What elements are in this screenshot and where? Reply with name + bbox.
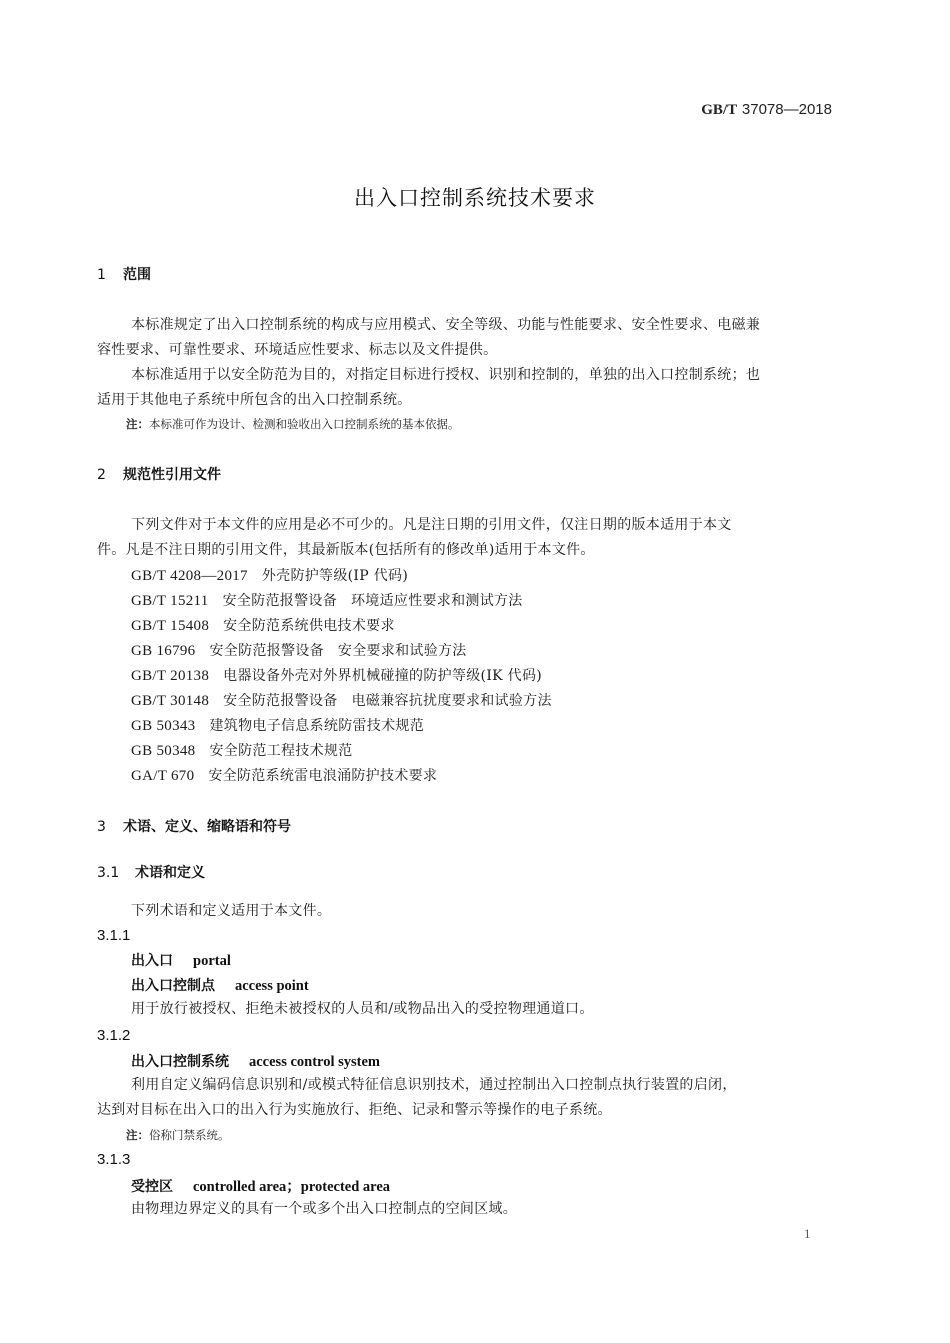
reference-title: 安全防范系统雷电浪涌防护技术要求 <box>208 768 437 784</box>
section-number: 1 <box>97 267 123 283</box>
section-title: 术语、定义、缩略语和符号 <box>123 819 291 835</box>
term-zh: 出入口控制点 <box>131 978 215 994</box>
paragraph-line: 下列术语和定义适用于本文件。 <box>131 899 331 924</box>
note-label: 注： <box>126 1128 149 1142</box>
term-en: access control system <box>249 1054 380 1070</box>
reference-code: GB/T 4208—2017 <box>131 568 248 584</box>
note-text: 俗称门禁系统。 <box>149 1128 230 1142</box>
term-name: 出入口portal <box>131 950 231 970</box>
reference-subtitle: 电磁兼容抗扰度要求和试验方法 <box>352 693 552 709</box>
paragraph-line: 适用于其他电子系统中所包含的出入口控制系统。 <box>97 388 412 413</box>
paragraph-line: 件。凡是不注日期的引用文件，其最新版本(包括所有的修改单)适用于本文件。 <box>97 538 595 563</box>
standard-number: 37078—2018 <box>742 101 832 118</box>
paragraph-line: 本标准规定了出入口控制系统的构成与应用模式、安全等级、功能与性能要求、安全性要求… <box>131 313 760 338</box>
standard-code: GB/T 37078—2018 <box>701 100 832 119</box>
reference-title: 外壳防护等级(IP 代码) <box>262 568 408 584</box>
term-en: controlled area；protected area <box>193 1179 390 1195</box>
subsection-number: 3.1 <box>97 865 135 881</box>
reference-item: GB/T 15211安全防范报警设备环境适应性要求和测试方法 <box>131 590 523 610</box>
reference-code: GB 50348 <box>131 743 196 759</box>
term-definition: 由物理边界定义的具有一个或多个出入口控制点的空间区域。 <box>131 1197 517 1222</box>
document-title: 出入口控制系统技术要求 <box>0 182 950 212</box>
section-2-heading: 2规范性引用文件 <box>97 464 221 484</box>
reference-code: GB/T 15211 <box>131 593 209 609</box>
reference-item: GB/T 4208—2017外壳防护等级(IP 代码) <box>131 565 408 585</box>
reference-title: 建筑物电子信息系统防雷技术规范 <box>210 718 425 734</box>
reference-code: GB/T 20138 <box>131 668 209 684</box>
reference-subtitle: 环境适应性要求和测试方法 <box>351 593 523 609</box>
reference-item: GB 50343建筑物电子信息系统防雷技术规范 <box>131 715 424 735</box>
note: 注：本标准可作为设计、检测和验收出入口控制系统的基本依据。 <box>126 416 460 432</box>
page-number: 1 <box>804 1226 811 1242</box>
paragraph-line: 容性要求、可靠性要求、环境适应性要求、标志以及文件提供。 <box>97 338 497 363</box>
reference-item: GB/T 20138电器设备外壳对外界机械碰撞的防护等级(IK 代码) <box>131 665 542 685</box>
clause-number: 3.1.1 <box>97 927 130 944</box>
reference-item: GB/T 30148安全防范报警设备电磁兼容抗扰度要求和试验方法 <box>131 690 552 710</box>
paragraph-line: 本标准适用于以安全防范为目的，对指定目标进行授权、识别和控制的，单独的出入口控制… <box>131 363 760 388</box>
subsection-3-1-heading: 3.1术语和定义 <box>97 862 205 882</box>
term-zh: 出入口控制系统 <box>131 1054 229 1070</box>
reference-code: GB 50343 <box>131 718 196 734</box>
section-title: 范围 <box>123 267 151 283</box>
reference-title: 安全防范报警设备 <box>210 643 324 659</box>
reference-item: GB/T 15408安全防范系统供电技术要求 <box>131 615 395 635</box>
term-zh: 出入口 <box>131 953 173 969</box>
reference-code: GB/T 15408 <box>131 618 209 634</box>
note-label: 注： <box>126 417 149 431</box>
note-text: 本标准可作为设计、检测和验收出入口控制系统的基本依据。 <box>149 417 460 431</box>
term-definition: 用于放行被授权、拒绝未被授权的人员和/或物品出入的受控物理通道口。 <box>131 997 594 1022</box>
section-number: 3 <box>97 819 123 835</box>
term-name: 出入口控制点access point <box>131 975 309 995</box>
term-zh: 受控区 <box>131 1179 173 1195</box>
term-name: 出入口控制系统access control system <box>131 1051 380 1071</box>
paragraph-line: 下列文件对于本文件的应用是必不可少的。凡是注日期的引用文件，仅注日期的版本适用于… <box>131 513 732 538</box>
reference-code: GB/T 30148 <box>131 693 209 709</box>
section-number: 2 <box>97 467 123 483</box>
reference-title: 安全防范工程技术规范 <box>210 743 353 759</box>
reference-title: 安全防范报警设备 <box>223 593 337 609</box>
term-en: portal <box>193 953 231 969</box>
reference-title: 安全防范系统供电技术要求 <box>223 618 395 634</box>
clause-number: 3.1.3 <box>97 1151 130 1168</box>
subsection-title: 术语和定义 <box>135 865 205 881</box>
term-definition: 达到对目标在出入口的出入行为实施放行、拒绝、记录和警示等操作的电子系统。 <box>97 1098 612 1123</box>
reference-item: GB 16796安全防范报警设备安全要求和试验方法 <box>131 640 467 660</box>
reference-code: GA/T 670 <box>131 768 194 784</box>
reference-title: 安全防范报警设备 <box>223 693 337 709</box>
clause-number: 3.1.2 <box>97 1027 130 1044</box>
standard-prefix: GB/T <box>701 102 737 118</box>
section-3-heading: 3术语、定义、缩略语和符号 <box>97 816 291 836</box>
reference-code: GB 16796 <box>131 643 196 659</box>
term-name: 受控区controlled area；protected area <box>131 1175 390 1196</box>
term-en: access point <box>235 978 309 994</box>
term-definition: 利用自定义编码信息识别和/或模式特征信息识别技术，通过控制出入口控制点执行装置的… <box>131 1073 737 1098</box>
reference-subtitle: 安全要求和试验方法 <box>338 643 467 659</box>
reference-title: 电器设备外壳对外界机械碰撞的防护等级(IK 代码) <box>223 668 542 684</box>
section-title: 规范性引用文件 <box>123 467 221 483</box>
section-1-heading: 1范围 <box>97 264 151 284</box>
note: 注：俗称门禁系统。 <box>126 1127 230 1143</box>
reference-item: GB 50348安全防范工程技术规范 <box>131 740 353 760</box>
reference-item: GA/T 670安全防范系统雷电浪涌防护技术要求 <box>131 765 437 785</box>
